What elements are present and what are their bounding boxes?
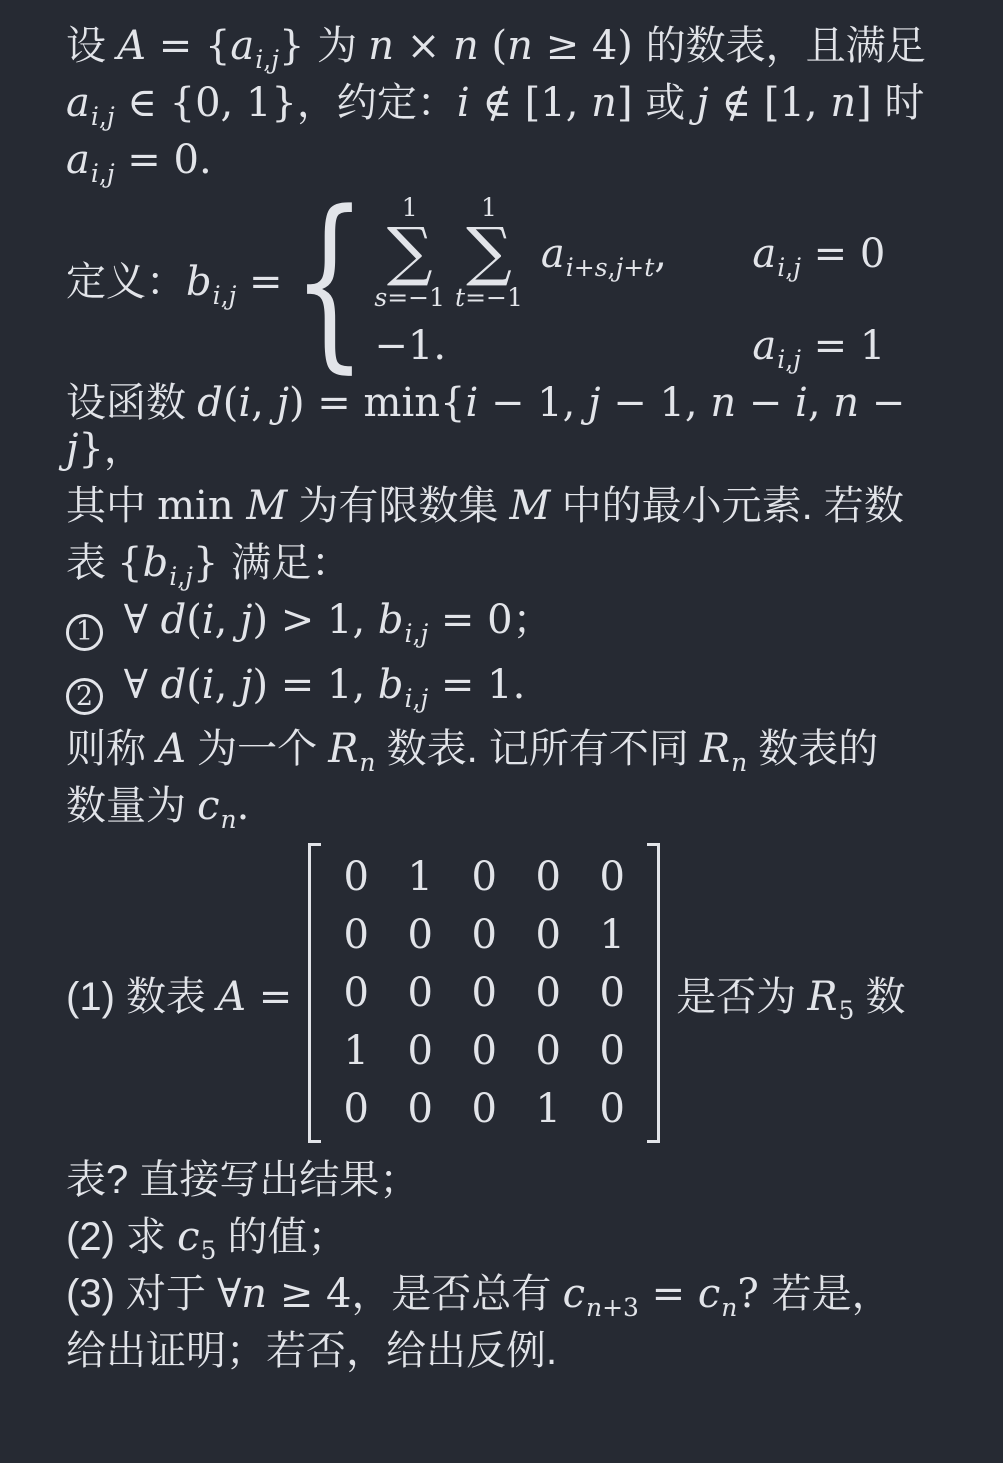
- intro-paragraph: 设 A = {ai,j} 为 n × n (n ≥ 4) 的数表，且满足ai,j…: [66, 23, 973, 183]
- piecewise-case-1: 1 ∑ s=−1 1 ∑ t=−1 ai+s,j+t, ai,j = 0: [374, 194, 885, 313]
- condition-1-line: 1 ∀ d(i, j) > 1, bi,j = 0；: [66, 597, 973, 651]
- intro-line-2: ai,j ∈ {0, 1}，约定：i ∉ [1, n] 或 j ∉ [1, n]…: [66, 80, 973, 126]
- piecewise-case-2: −1. ai,j = 1: [374, 323, 885, 369]
- matrix-cell-2-4: 0: [516, 906, 580, 964]
- intro-line-3: ai,j = 0.: [66, 137, 973, 183]
- matrix-A: 0100000001000001000000010: [308, 843, 660, 1143]
- questions-paragraph: 表? 直接写出结果；(2) 求 c5 的值；(3) 对于 ∀n ≥ 4，是否总有…: [66, 1157, 973, 1374]
- matrix-cell-4-1: 1: [324, 1022, 388, 1080]
- problem-statement: 设 A = {ai,j} 为 n × n (n ≥ 4) 的数表，且满足ai,j…: [0, 0, 1003, 1374]
- math-problem-page: { "page": { "background": "#262a33", "te…: [0, 0, 1003, 1463]
- matrix-cell-2-3: 0: [452, 906, 516, 964]
- matrix-cell-1-1: 0: [324, 848, 388, 906]
- q3-line: (3) 对于 ∀n ≥ 4，是否总有 cn+3 = cn? 若是，: [66, 1271, 973, 1317]
- matrix-cell-2-5: 1: [580, 906, 644, 964]
- piecewise-brace: {: [293, 188, 367, 376]
- matrix-cell-1-3: 0: [452, 848, 516, 906]
- matrix-cell-4-3: 0: [452, 1022, 516, 1080]
- matrix-cell-3-2: 0: [388, 964, 452, 1022]
- case-1-condition: ai,j = 0: [752, 231, 885, 277]
- matrix-cell-4-4: 0: [516, 1022, 580, 1080]
- sum-over-t: 1 ∑ t=−1: [455, 194, 523, 313]
- sigma-icon: ∑: [387, 221, 433, 283]
- matrix-cell-3-1: 0: [324, 964, 388, 1022]
- intro-line-1: 设 A = {ai,j} 为 n × n (n ≥ 4) 的数表，且满足: [66, 23, 973, 69]
- summand: ai+s,j+t,: [541, 231, 667, 277]
- cn-def-line: 数量为 cn.: [66, 783, 973, 829]
- case-2-condition: ai,j = 1: [752, 323, 885, 369]
- matrix-cell-2-2: 0: [388, 906, 452, 964]
- matrix-cell-1-5: 0: [580, 848, 644, 906]
- b-table-line: 表 {bi,j} 满足：: [66, 540, 973, 586]
- definition-label: 定义：bi,j =: [66, 259, 283, 305]
- matrix-cell-3-3: 0: [452, 964, 516, 1022]
- definition-equation: 定义：bi,j = { 1 ∑ s=−1 1 ∑ t=−1 ai+s,j+t,: [66, 194, 973, 369]
- sigma-icon: ∑: [466, 221, 512, 283]
- matrix-left-bracket: [308, 843, 321, 1143]
- matrix-cell-3-5: 0: [580, 964, 644, 1022]
- question-1-prefix: (1) 数表 A =: [66, 965, 292, 1022]
- sum-over-s: 1 ∑ s=−1: [374, 194, 445, 313]
- matrix-cell-5-3: 0: [452, 1080, 516, 1138]
- conditions-paragraph: 设函数 d(i, j) = min{i − 1, j − 1, n − i, n…: [66, 380, 973, 829]
- matrix-right-bracket: [647, 843, 660, 1143]
- matrix-cell-4-5: 0: [580, 1022, 644, 1080]
- rn-def-line: 则称 A 为一个 Rn 数表. 记所有不同 Rn 数表的: [66, 726, 973, 772]
- matrix-cell-5-4: 1: [516, 1080, 580, 1138]
- question-1-equation: (1) 数表 A = 0100000001000001000000010 是否为…: [66, 843, 973, 1143]
- function-d-line: 设函数 d(i, j) = min{i − 1, j − 1, n − i, n…: [66, 380, 973, 472]
- matrix-cell-3-4: 0: [516, 964, 580, 1022]
- matrix-cell-4-2: 0: [388, 1022, 452, 1080]
- matrix-cell-5-2: 0: [388, 1080, 452, 1138]
- case-2-value: −1.: [374, 323, 752, 369]
- q3-tail-line: 给出证明；若否，给出反例.: [66, 1328, 973, 1374]
- matrix-cell-5-5: 0: [580, 1080, 644, 1138]
- matrix-cell-2-1: 0: [324, 906, 388, 964]
- matrix-grid: 0100000001000001000000010: [321, 843, 647, 1143]
- q1-tail-line: 表? 直接写出结果；: [66, 1157, 973, 1203]
- condition-2-line: 2 ∀ d(i, j) = 1, bi,j = 1.: [66, 662, 973, 716]
- matrix-cell-1-2: 1: [388, 848, 452, 906]
- matrix-cell-1-4: 0: [516, 848, 580, 906]
- q2-line: (2) 求 c5 的值；: [66, 1214, 973, 1260]
- min-def-line: 其中 min M 为有限数集 M 中的最小元素. 若数: [66, 483, 973, 529]
- piecewise-cases: 1 ∑ s=−1 1 ∑ t=−1 ai+s,j+t, ai,j = 0 −1.…: [374, 194, 885, 369]
- matrix-cell-5-1: 0: [324, 1080, 388, 1138]
- question-1-suffix: 是否为 R5 数: [676, 965, 905, 1022]
